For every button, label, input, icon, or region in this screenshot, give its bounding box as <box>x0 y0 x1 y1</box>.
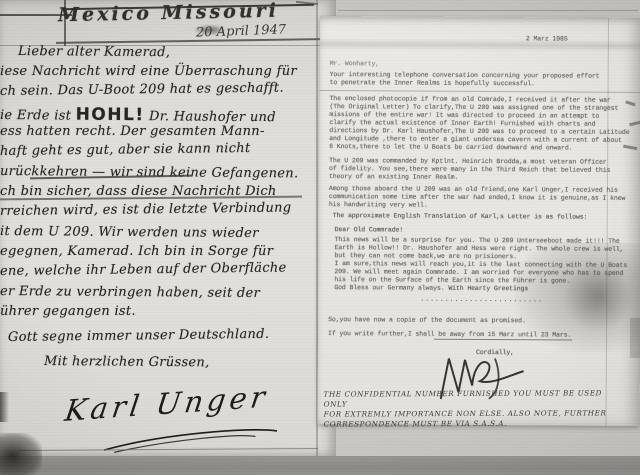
typed-salutation: Mr. Wonharty, <box>330 60 379 68</box>
hohl-pre: ie Erde ist <box>0 108 76 124</box>
hohl-post: Dr. Haushofer und <box>145 109 276 125</box>
typed-letter-page: 2 Marz 1985 Mr. Wonharty, Your interesti… <box>318 16 640 426</box>
signature-text: Karl Unger <box>63 378 287 428</box>
handwritten-line: er Erde zu verbringen haben, seit der <box>0 284 336 307</box>
handwritten-line: Lieber alter Kamerad, <box>18 44 336 66</box>
scratch-line <box>56 38 320 43</box>
letter-date: 20 April 1947 <box>196 22 287 40</box>
crease-line <box>606 18 609 426</box>
signature-flourish <box>101 423 282 456</box>
handwritten-letter-page: Mexico Missouri 20 April 1947 Lieber alt… <box>0 0 336 458</box>
letter-origin: Mexico Missouri <box>58 0 279 26</box>
handwritten-line: it dem U 209. Wir werden uns wieder <box>0 224 336 247</box>
handwritten-line: ene, welche ihr Leben auf der Oberfläche <box>0 260 336 284</box>
scan-streak <box>338 10 638 11</box>
edge-mark <box>0 392 9 422</box>
edge-tear <box>629 121 640 127</box>
handwritten-closing: Mit herzlichen Grüssen, <box>44 354 336 376</box>
flourish-stroke <box>103 427 277 450</box>
typed-paragraph-3: The U 209 was commanded by Kptlnt. Heinr… <box>329 157 610 183</box>
hohl-emphasis: HOHL! <box>76 105 145 126</box>
handwritten-blessing: Gott segne immer unser Deutschland. <box>8 326 336 350</box>
handwritten-line: rreichen wird, es ist die letzte Verbind… <box>0 200 336 224</box>
edge-shadow <box>630 318 640 358</box>
handwritten-line-hohl: ie Erde ist HOHL! Dr. Haushofer und <box>0 104 336 127</box>
crease-line <box>320 90 640 93</box>
typed-paragraph-4: Among those aboard the U 209 was an old … <box>329 185 626 211</box>
smudge <box>563 262 633 332</box>
translation-heading: The approximate English Translation of K… <box>333 212 588 222</box>
typed-date: 2 Marz 1985 <box>526 35 568 43</box>
scanner-bed-strip <box>0 456 640 475</box>
document-scan: Mexico Missouri 20 April 1947 Lieber alt… <box>0 0 640 475</box>
typed-paragraph-2: The enclosed photocopie if from an old C… <box>329 95 630 153</box>
dark-corner-blob <box>0 433 42 475</box>
typed-paragraph-1: Your interesting telephone conversation … <box>330 71 600 89</box>
inner-letter-salutation: Dear Old Commrade! <box>335 226 403 234</box>
confidential-note: THE CONFIDENTIAL NUMBER FURNISHED YOU MU… <box>324 388 624 429</box>
handwritten-line: ch sein. Das U-Boot 209 hat es geschafft… <box>0 80 336 104</box>
scan-streak <box>320 38 640 52</box>
handwritten-line: haft geht es gut, aber sie kann nicht <box>0 140 336 164</box>
handwritten-body: Lieber alter Kamerad, iese Nachricht wir… <box>0 44 336 374</box>
handwritten-line: ührer gegangen ist. <box>0 304 336 324</box>
typed-copy-line: So,you have now a copie of the document … <box>328 316 526 325</box>
